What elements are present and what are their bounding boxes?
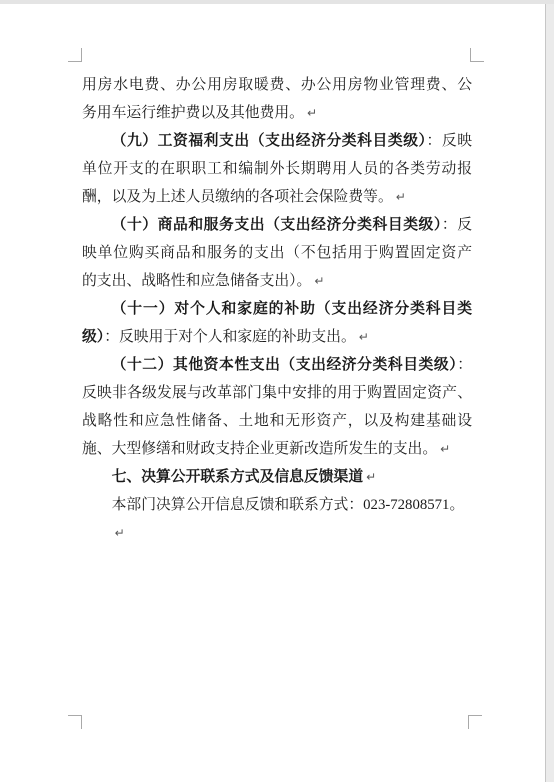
text-segment: 级） — [82, 329, 104, 345]
text-segment: 战略性和应急性储备、土地和无形资产，以及构建基础设 — [82, 413, 472, 429]
text-segment: （十二）其他资本性支出（支出经济分类科目类级） — [112, 357, 458, 373]
paragraph-mark-icon: ↵ — [440, 442, 450, 456]
text-line: 酬，以及为上述人员缴纳的各项社会保险费等。↵ — [82, 183, 472, 211]
text-segment: 七、决算公开联系方式及信息反馈渠道 — [112, 469, 364, 485]
text-segment: 用房水电费、办公用房取暖费、办公用房物业管理费、公 — [82, 77, 472, 93]
crop-mark-top-right — [470, 48, 484, 62]
text-segment: ： — [457, 357, 472, 373]
text-line: 单位开支的在职职工和编制外长期聘用人员的各类劳动报 — [82, 155, 472, 183]
text-line: 级）：反映用于对个人和家庭的补助支出。↵ — [82, 323, 472, 351]
paragraph-mark-icon: ↵ — [396, 190, 406, 204]
text-line: 施、大型修缮和财政支持企业更新改造所发生的支出。↵ — [82, 435, 472, 463]
text-segment: （十）商品和服务支出（支出经济分类科目类级） — [112, 217, 442, 233]
text-segment: 施、大型修缮和财政支持企业更新改造所发生的支出。 — [82, 441, 437, 457]
crop-mark-bottom-left — [68, 715, 82, 729]
text-line: 映单位购买商品和服务的支出（不包括用于购置固定资产 — [82, 239, 472, 267]
text-line: 的支出、战略性和应急储备支出）。↵ — [82, 267, 472, 295]
text-line: （十二）其他资本性支出（支出经济分类科目类级）： — [82, 351, 472, 379]
text-segment: 务用车运行维护费以及其他费用。 — [82, 105, 304, 121]
paragraph-mark-icon: ↵ — [307, 106, 317, 120]
text-area: 用房水电费、办公用房取暖费、办公用房物业管理费、公务用车运行维护费以及其他费用。… — [82, 71, 472, 519]
paragraph-mark-icon: ↵ — [115, 526, 125, 540]
text-segment: 本部门决算公开信息反馈和联系方式：023-72808571。 — [112, 497, 465, 513]
text-segment: ：反映 — [427, 133, 473, 149]
text-line: 用房水电费、办公用房取暖费、办公用房物业管理费、公 — [82, 71, 472, 99]
text-line: 七、决算公开联系方式及信息反馈渠道↵ — [82, 463, 472, 491]
text-line: （十）商品和服务支出（支出经济分类科目类级）：反 — [82, 211, 472, 239]
text-line: （十一）对个人和家庭的补助（支出经济分类科目类 — [82, 295, 472, 323]
text-line: 务用车运行维护费以及其他费用。↵ — [82, 99, 472, 127]
crop-mark-bottom-right — [468, 715, 482, 729]
paragraph-mark-icon: ↵ — [366, 470, 376, 484]
text-line: 反映非各级发展与改革部门集中安排的用于购置固定资产、 — [82, 379, 472, 407]
paragraph-mark-icon: ↵ — [314, 274, 324, 288]
text-line: 战略性和应急性储备、土地和无形资产，以及构建基础设 — [82, 407, 472, 435]
text-segment: 映单位购买商品和服务的支出（不包括用于购置固定资产 — [82, 245, 472, 261]
text-segment: 的支出、战略性和应急储备支出）。 — [82, 273, 311, 289]
window-chrome-strip — [0, 0, 554, 4]
paragraph-mark-icon: ↵ — [359, 330, 369, 344]
text-line: 本部门决算公开信息反馈和联系方式：023-72808571。↵ — [82, 491, 472, 519]
text-segment: （九）工资福利支出（支出经济分类科目类级） — [112, 133, 427, 149]
text-line: （九）工资福利支出（支出经济分类科目类级）：反映 — [82, 127, 472, 155]
text-segment: ：反 — [442, 217, 472, 233]
text-segment: 酬，以及为上述人员缴纳的各项社会保险费等。 — [82, 189, 393, 205]
text-segment: （十一）对个人和家庭的补助（支出经济分类科目类 — [112, 301, 472, 317]
text-segment: 单位开支的在职职工和编制外长期聘用人员的各类劳动报 — [82, 161, 472, 177]
text-segment: ：反映用于对个人和家庭的补助支出。 — [104, 329, 356, 345]
crop-mark-top-left — [68, 48, 82, 62]
page-right-gutter — [546, 4, 554, 782]
text-segment: 反映非各级发展与改革部门集中安排的用于购置固定资产、 — [82, 385, 472, 401]
